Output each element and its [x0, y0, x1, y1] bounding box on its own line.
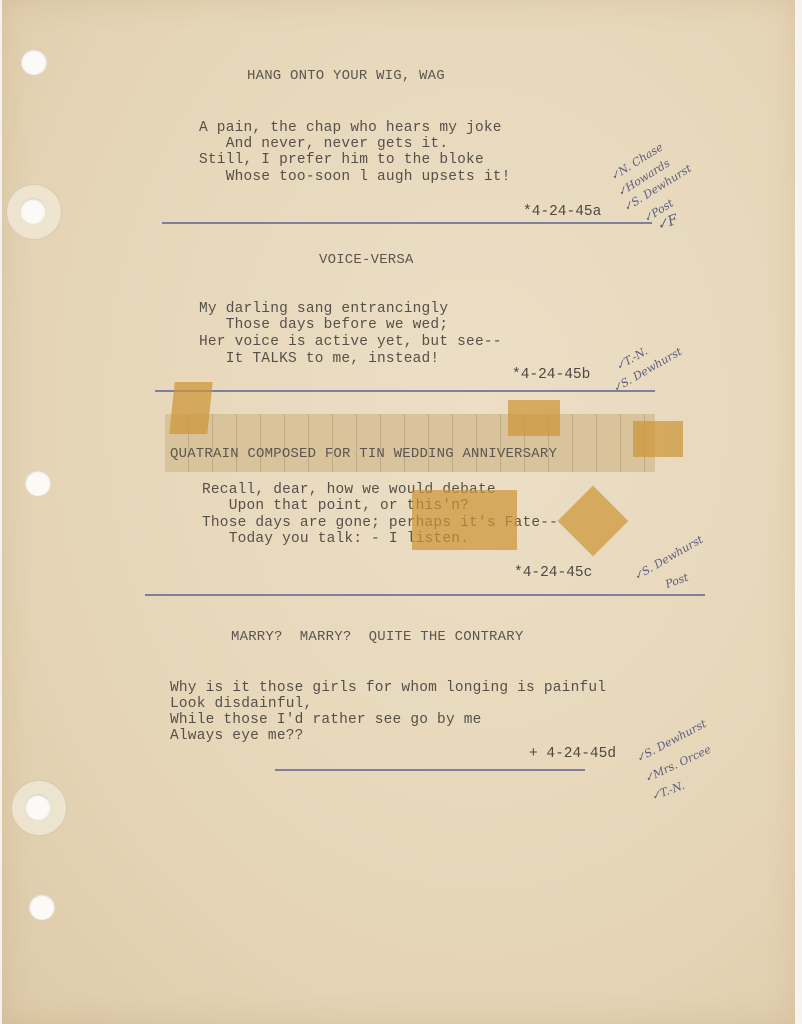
separator-rule — [155, 390, 655, 392]
poem-line: Always eye me?? — [170, 728, 304, 745]
binder-hole — [25, 470, 51, 496]
binder-hole — [25, 794, 51, 820]
poem-line: A pain, the chap who hears my joke — [199, 120, 502, 137]
separator-rule — [275, 769, 585, 771]
poem-date: *4-24-45c — [514, 565, 592, 581]
poem-line: Look disdainful, — [170, 696, 312, 713]
poem-line: It TALKS to me, instead! — [199, 351, 439, 368]
separator-rule — [145, 594, 705, 596]
tape-piece — [412, 490, 517, 550]
poem-date: *4-24-45a — [523, 204, 601, 220]
poem-title: VOICE-VERSA — [319, 252, 414, 269]
poem-line: And never, never gets it. — [199, 136, 448, 153]
poem-line: My darling sang entrancingly — [199, 301, 448, 318]
poem-line: Those days before we wed; — [199, 317, 448, 334]
binder-hole — [20, 198, 46, 224]
poem-line: Still, I prefer him to the bloke — [199, 152, 484, 169]
binder-hole — [29, 894, 55, 920]
pasted-title-strip — [165, 414, 655, 472]
poem-line: Why is it those girls for whom longing i… — [170, 680, 606, 697]
poem-title: QUATRAIN COMPOSED FOR TIN WEDDING ANNIVE… — [170, 446, 557, 463]
poem-line: Her voice is active yet, but see-- — [199, 334, 502, 351]
scan-margin — [795, 0, 802, 1024]
tape-piece — [633, 421, 683, 457]
binder-hole — [21, 49, 47, 75]
poem-title: HANG ONTO YOUR WIG, WAG — [247, 68, 445, 85]
poem-line: Whose too-soon l augh upsets it! — [199, 169, 511, 186]
poem-date: *4-24-45b — [512, 367, 590, 383]
poem-title: MARRY? MARRY? QUITE THE CONTRARY — [231, 629, 523, 646]
separator-rule — [162, 222, 652, 224]
poem-date: + 4-24-45d — [529, 746, 616, 762]
poem-line: While those I'd rather see go by me — [170, 712, 482, 729]
tape-piece — [508, 400, 560, 436]
tape-piece — [169, 382, 212, 434]
